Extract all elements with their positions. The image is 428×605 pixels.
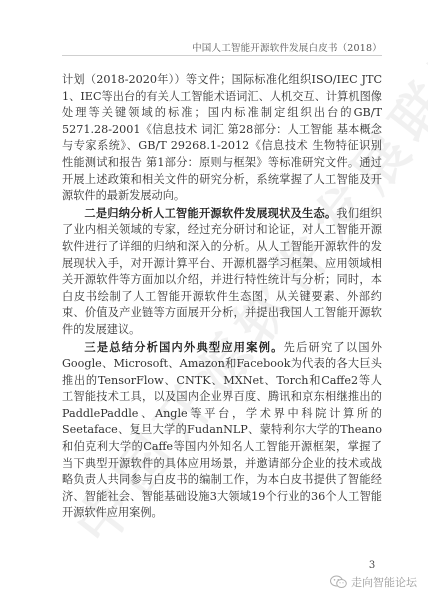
body-text: 计划（2018-2020年））等文件；国际标准化组织ISO/IEC JTC 1、…: [62, 71, 382, 522]
paragraph-2-text: 我们组织了业内相关领域的专家，经过充分研讨和论证，对人工智能开源软件进行了详细的…: [62, 207, 382, 336]
paragraph-1-text: 计划（2018-2020年））等文件；国际标准化组织ISO/IEC JTC 1、…: [62, 73, 382, 202]
paragraph-3-lead: 三是总结分析国内外典型应用案例。: [84, 340, 283, 354]
wechat-icon: [330, 575, 347, 589]
page-number: 3: [362, 560, 382, 571]
paragraph-3-text: 先后研究了以国外Google、Microsoft、Amazon和Facebook…: [62, 341, 382, 520]
document-page: 中国开源软件发展联盟 中国人工智能开源软件发展白皮书（2018） 计划（2018…: [0, 0, 428, 605]
paragraph-1: 计划（2018-2020年））等文件；国际标准化组织ISO/IEC JTC 1、…: [62, 71, 382, 205]
header-divider: [62, 55, 382, 56]
paragraph-2-lead: 二是归纳分析人工智能开源软件发展现状及生态。: [84, 206, 336, 220]
paragraph-3: 三是总结分析国内外典型应用案例。先后研究了以国外Google、Microsoft…: [62, 339, 382, 523]
paragraph-2: 二是归纳分析人工智能开源软件发展现状及生态。我们组织了业内相关领域的专家，经过充…: [62, 205, 382, 339]
source-label: 走向智能论坛: [351, 574, 417, 590]
source-watermark: 走向智能论坛: [330, 574, 417, 590]
running-header: 中国人工智能开源软件发展白皮书（2018）: [62, 40, 382, 54]
